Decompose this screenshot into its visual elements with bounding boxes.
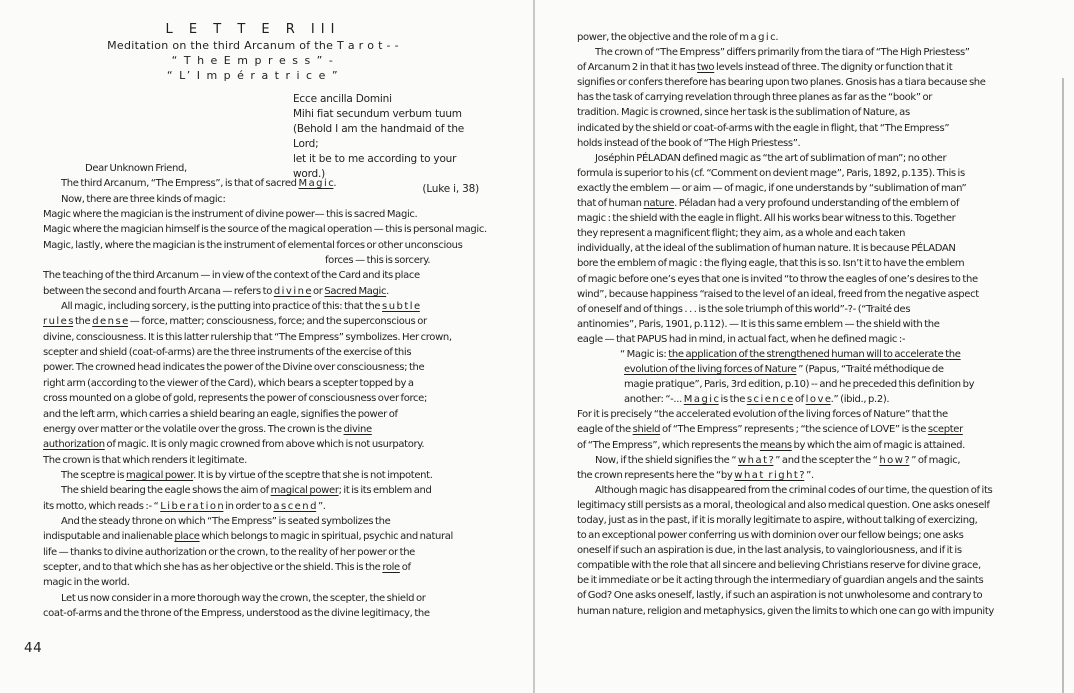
text-line: The teaching of the third Arcanum — in v… <box>43 268 515 283</box>
text-line: between the second and fourth Arcana — r… <box>43 284 515 299</box>
text-line: cross mounted on a globe of gold, repres… <box>43 391 515 406</box>
text-line: formula is superior to his (cf. “Comment… <box>577 166 1057 181</box>
book-page-left: L E T T E R III Meditation on the third … <box>0 0 533 693</box>
scan-edge-line <box>1062 78 1064 693</box>
letter-subtitle: Meditation on the third Arcanum of the T… <box>18 38 488 53</box>
text-line: oneself if such an aspiration is due, in… <box>577 543 1057 558</box>
text-line: energy over matter or the volatile over … <box>43 422 515 437</box>
text-line: today, just as in the past, if it is mor… <box>577 513 1057 528</box>
text-line: power, the objective and the role of m a… <box>577 30 1057 45</box>
text-line: Although magic has disappeared from the … <box>577 483 1057 498</box>
text-line: The crown of “The Empress” differs prima… <box>577 45 1057 60</box>
text-line: has the task of carrying revelation thro… <box>577 90 1057 105</box>
text-line: scepter and shield (coat-of-arms) are th… <box>43 345 515 360</box>
text-line: another: “-... M a g i c is the s c i e … <box>577 392 1057 407</box>
text-line: magie pratique”, Paris, 3rd edition, p.1… <box>577 377 1057 392</box>
text-line: Ecce ancilla Domini <box>293 92 485 107</box>
text-line: life — thanks to divine authorization or… <box>43 545 515 560</box>
text-line: forces — this is sorcery. <box>43 253 515 268</box>
text-line: signifies or confers therefore has beari… <box>577 75 1057 90</box>
text-line: eagle — that PAPUS had in mind, in actua… <box>577 332 1057 347</box>
text-line: Joséphin PÉLADAN defined magic as “the a… <box>577 151 1057 166</box>
letter-subtitle-english: “ T h e E m p r e s s ” - <box>18 53 488 68</box>
text-line: human nature, religion and metaphysics, … <box>577 604 1057 619</box>
text-line: eagle of the shield of “The Empress” rep… <box>577 422 1057 437</box>
text-line: its motto, which reads :- “ L i b e r a … <box>43 499 515 514</box>
text-line: to an exceptional power conferring us wi… <box>577 528 1057 543</box>
letter-heading: L E T T E R III Meditation on the third … <box>18 22 488 83</box>
text-line: that of human nature. Péladan had a very… <box>577 196 1057 211</box>
text-line: tradition. Magic is crowned, since her t… <box>577 105 1057 120</box>
letter-title: L E T T E R III <box>18 22 488 37</box>
text-line: divine, consciousness. It is this latter… <box>43 330 515 345</box>
text-line: magic in the world. <box>43 575 515 590</box>
book-page-right: power, the objective and the role of m a… <box>537 0 1064 693</box>
text-line: Now, if the shield signifies the “ w h a… <box>577 453 1057 468</box>
left-page-text: Dear Unknown Friend,The third Arcanum, “… <box>43 161 515 621</box>
text-line: right arm (according to the viewer of th… <box>43 376 515 391</box>
text-line: Magic where the magician himself is the … <box>43 222 515 237</box>
text-line: For it is precisely “the accelerated evo… <box>577 407 1057 422</box>
text-line: The sceptre is magical power. It is by v… <box>43 468 515 483</box>
text-line: bore the emblem of magic : the flying ea… <box>577 256 1057 271</box>
text-line: power. The crowned head indicates the po… <box>43 360 515 375</box>
text-line: antinomies”, Paris, 1901, p.112). — It i… <box>577 317 1057 332</box>
text-line: r u l e s the d e n s e — force, matter;… <box>43 314 515 329</box>
text-line: wind”, because happiness “raised to the … <box>577 287 1057 302</box>
text-line: Dear Unknown Friend, <box>43 161 515 176</box>
text-line: of Arcanum 2 in that it has two levels i… <box>577 60 1057 75</box>
text-line: evolution of the living forces of Nature… <box>577 362 1057 377</box>
text-line: (Behold I am the handmaid of the Lord; <box>293 122 485 152</box>
letter-subtitle-french: “ L’ I m p é r a t r i c e ” <box>18 68 488 83</box>
text-line: compatible with the role that all sincer… <box>577 558 1057 573</box>
text-line: exactly the emblem — or aim — of magic, … <box>577 181 1057 196</box>
right-page-text: power, the objective and the role of m a… <box>577 30 1057 619</box>
text-line: of magic before one’s eyes that one is i… <box>577 272 1057 287</box>
text-line: scepter, and to that which she has as he… <box>43 560 515 575</box>
text-line: “ Magic is: the application of the stren… <box>577 347 1057 362</box>
text-line: indicated by the shield or coat-of-arms … <box>577 121 1057 136</box>
text-line: be it immediate or be it acting through … <box>577 573 1057 588</box>
text-line: of God? One asks oneself, lastly, if suc… <box>577 588 1057 603</box>
text-line: Magic, lastly, where the magician is the… <box>43 238 515 253</box>
text-line: Magic where the magician is the instrume… <box>43 207 515 222</box>
text-line: they represent a magnificent flight; the… <box>577 226 1057 241</box>
text-line: the crown represents here the “by w h a … <box>577 468 1057 483</box>
text-line: coat-of-arms and the throne of the Empre… <box>43 606 515 621</box>
text-line: legitimacy still persists as a moral, th… <box>577 498 1057 513</box>
text-line: of oneself and of things . . . is the so… <box>577 302 1057 317</box>
text-line: Now, there are three kinds of magic: <box>43 192 515 207</box>
text-line: holds instead of the book of “The High P… <box>577 136 1057 151</box>
text-line: And the steady throne on which “The Empr… <box>43 514 515 529</box>
text-line: All magic, including sorcery, is the put… <box>43 299 515 314</box>
text-line: magic : the shield with the eagle in fli… <box>577 211 1057 226</box>
text-line: of “The Empress”, which represents the m… <box>577 438 1057 453</box>
page-number-left: 44 <box>24 640 42 656</box>
text-line: Let us now consider in a more thorough w… <box>43 591 515 606</box>
page-gutter-divider <box>533 0 535 693</box>
text-line: The third Arcanum, “The Empress”, is tha… <box>43 176 515 191</box>
text-line: and the left arm, which carries a shield… <box>43 407 515 422</box>
text-line: individually, at the ideal of the sublim… <box>577 241 1057 256</box>
text-line: The shield bearing the eagle shows the a… <box>43 483 515 498</box>
text-line: The crown is that which renders it legit… <box>43 453 515 468</box>
text-line: Mihi fiat secundum verbum tuum <box>293 107 485 122</box>
text-line: authorization of magic. It is only magic… <box>43 437 515 452</box>
text-line: indisputable and inalienable place which… <box>43 529 515 544</box>
